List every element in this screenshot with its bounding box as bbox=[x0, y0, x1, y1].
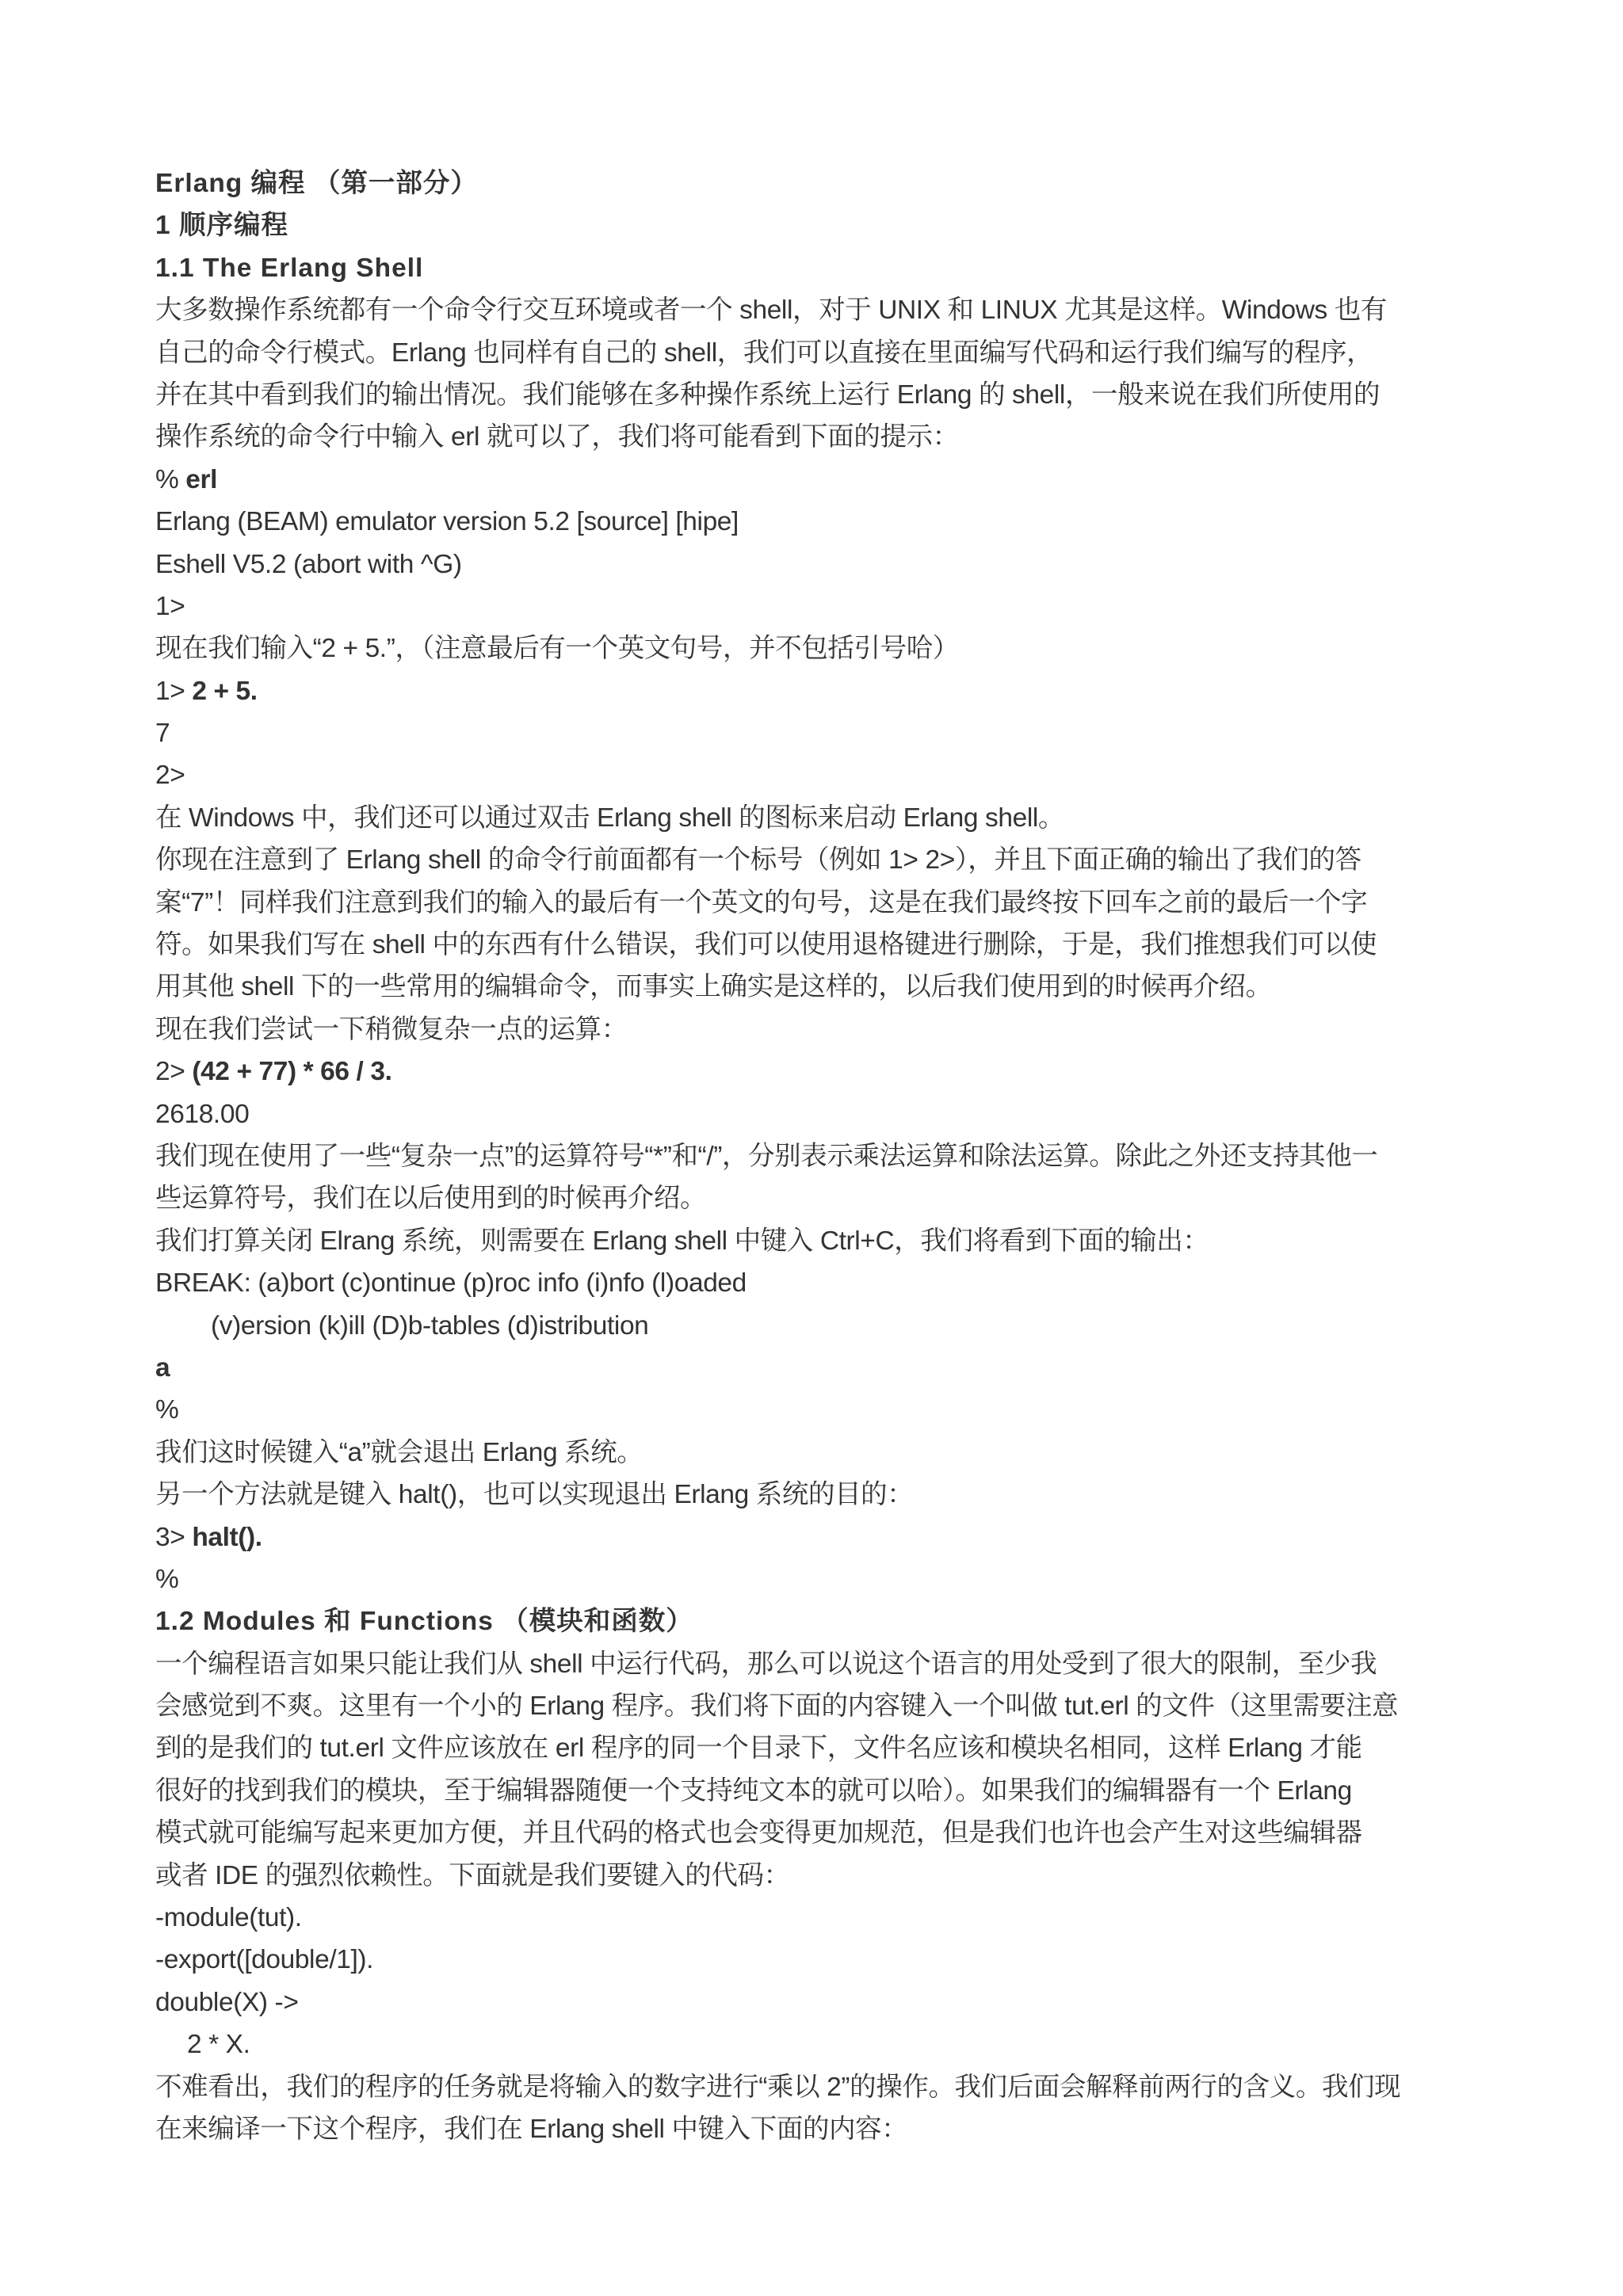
shell-prompt: 1> bbox=[155, 677, 192, 706]
paragraph-line: 在来编译一下这个程序，我们在 Erlang shell 中键入下面的内容： bbox=[155, 2108, 1495, 2150]
paragraph-line: 我们打算关闭 Elrang 系统，则需要在 Erlang shell 中键入 C… bbox=[155, 1220, 1495, 1262]
paragraph-line: 大多数操作系统都有一个命令行交互环境或者一个 shell，对于 UNIX 和 L… bbox=[155, 289, 1495, 331]
paragraph-line: 些运算符号，我们在以后使用到的时候再介绍。 bbox=[155, 1177, 1495, 1219]
section-heading-1-2: 1.2 Modules 和 Functions （模块和函数） bbox=[155, 1600, 1495, 1642]
paragraph-line: 会感觉到不爽。这里有一个小的 Erlang 程序。我们将下面的内容键入一个叫做 … bbox=[155, 1685, 1495, 1727]
shell-prompt: 2> bbox=[155, 754, 1495, 796]
shell-output: 7 bbox=[155, 712, 1495, 754]
code-line: double(X) -> bbox=[155, 1981, 1495, 2023]
shell-prompt: 3> bbox=[155, 1523, 192, 1552]
shell-prompt: 2> bbox=[155, 1057, 192, 1086]
paragraph-line: 在 Windows 中，我们还可以通过双击 Erlang shell 的图标来启… bbox=[155, 797, 1495, 839]
shell-command: 2 + 5. bbox=[192, 677, 257, 706]
shell-line: 2> (42 + 77) * 66 / 3. bbox=[155, 1051, 1495, 1093]
shell-output: (v)ersion (k)ill (D)b-tables (d)istribut… bbox=[155, 1305, 1495, 1347]
shell-command: halt(). bbox=[192, 1523, 262, 1552]
paragraph-line: 现在我们尝试一下稍微复杂一点的运算： bbox=[155, 1009, 1495, 1051]
shell-output: 2618.00 bbox=[155, 1093, 1495, 1135]
paragraph-line: 另一个方法就是键入 halt()，也可以实现退出 Erlang 系统的目的： bbox=[155, 1474, 1495, 1516]
code-line: 2 * X. bbox=[155, 2023, 1495, 2065]
shell-prompt: % bbox=[155, 465, 185, 494]
code-line: -export([double/1]). bbox=[155, 1939, 1495, 1981]
paragraph-line: 现在我们输入“2 + 5.”，（注意最后有一个英文句号，并不包括引号哈） bbox=[155, 627, 1495, 669]
shell-prompt: % bbox=[155, 1558, 1495, 1600]
document-page: Erlang 编程 （第一部分） 1 顺序编程 1.1 The Erlang S… bbox=[155, 162, 1495, 2150]
shell-line: 1> 2 + 5. bbox=[155, 670, 1495, 712]
paragraph-line: 用其他 shell 下的一些常用的编辑命令，而事实上确实是这样的，以后我们使用到… bbox=[155, 966, 1495, 1008]
shell-line: 3> halt(). bbox=[155, 1516, 1495, 1558]
paragraph-line: 操作系统的命令行中输入 erl 就可以了，我们将可能看到下面的提示： bbox=[155, 416, 1495, 458]
paragraph-line: 我们现在使用了一些“复杂一点”的运算符号“*”和“/”，分别表示乘法运算和除法运… bbox=[155, 1135, 1495, 1177]
paragraph-line: 案“7”！同样我们注意到我们的输入的最后有一个英文的句号，这是在我们最终按下回车… bbox=[155, 882, 1495, 924]
paragraph-line: 模式就可能编写起来更加方便，并且代码的格式也会变得更加规范，但是我们也许也会产生… bbox=[155, 1812, 1495, 1854]
paragraph-line: 一个编程语言如果只能让我们从 shell 中运行代码，那么可以说这个语言的用处受… bbox=[155, 1643, 1495, 1685]
shell-prompt: 1> bbox=[155, 585, 1495, 627]
shell-command: a bbox=[155, 1347, 1495, 1389]
shell-output: Erlang (BEAM) emulator version 5.2 [sour… bbox=[155, 501, 1495, 543]
paragraph-line: 你现在注意到了 Erlang shell 的命令行前面都有一个标号（例如 1> … bbox=[155, 839, 1495, 881]
paragraph-line: 自己的命令行模式。Erlang 也同样有自己的 shell，我们可以直接在里面编… bbox=[155, 332, 1495, 374]
paragraph-line: 我们这时候键入“a”就会退出 Erlang 系统。 bbox=[155, 1432, 1495, 1474]
document-title: Erlang 编程 （第一部分） bbox=[155, 162, 1495, 204]
section-heading-1-1: 1.1 The Erlang Shell bbox=[155, 247, 1495, 289]
shell-line: % erl bbox=[155, 459, 1495, 501]
paragraph-line: 不难看出，我们的程序的任务就是将输入的数字进行“乘以 2”的操作。我们后面会解释… bbox=[155, 2066, 1495, 2108]
shell-command: (42 + 77) * 66 / 3. bbox=[192, 1057, 391, 1086]
paragraph-line: 或者 IDE 的强烈依赖性。下面就是我们要键入的代码： bbox=[155, 1855, 1495, 1897]
paragraph-line: 到的是我们的 tut.erl 文件应该放在 erl 程序的同一个目录下，文件名应… bbox=[155, 1727, 1495, 1769]
shell-output: Eshell V5.2 (abort with ^G) bbox=[155, 543, 1495, 585]
paragraph-line: 符。如果我们写在 shell 中的东西有什么错误，我们可以使用退格键进行删除，于… bbox=[155, 924, 1495, 966]
paragraph-line: 很好的找到我们的模块，至于编辑器随便一个支持纯文本的就可以哈）。如果我们的编辑器… bbox=[155, 1770, 1495, 1812]
shell-command: erl bbox=[185, 465, 217, 494]
code-line: -module(tut). bbox=[155, 1897, 1495, 1939]
paragraph-line: 并在其中看到我们的输出情况。我们能够在多种操作系统上运行 Erlang 的 sh… bbox=[155, 374, 1495, 416]
shell-prompt: % bbox=[155, 1389, 1495, 1431]
shell-output: BREAK: (a)bort (c)ontinue (p)roc info (i… bbox=[155, 1262, 1495, 1304]
section-heading-1: 1 顺序编程 bbox=[155, 204, 1495, 246]
